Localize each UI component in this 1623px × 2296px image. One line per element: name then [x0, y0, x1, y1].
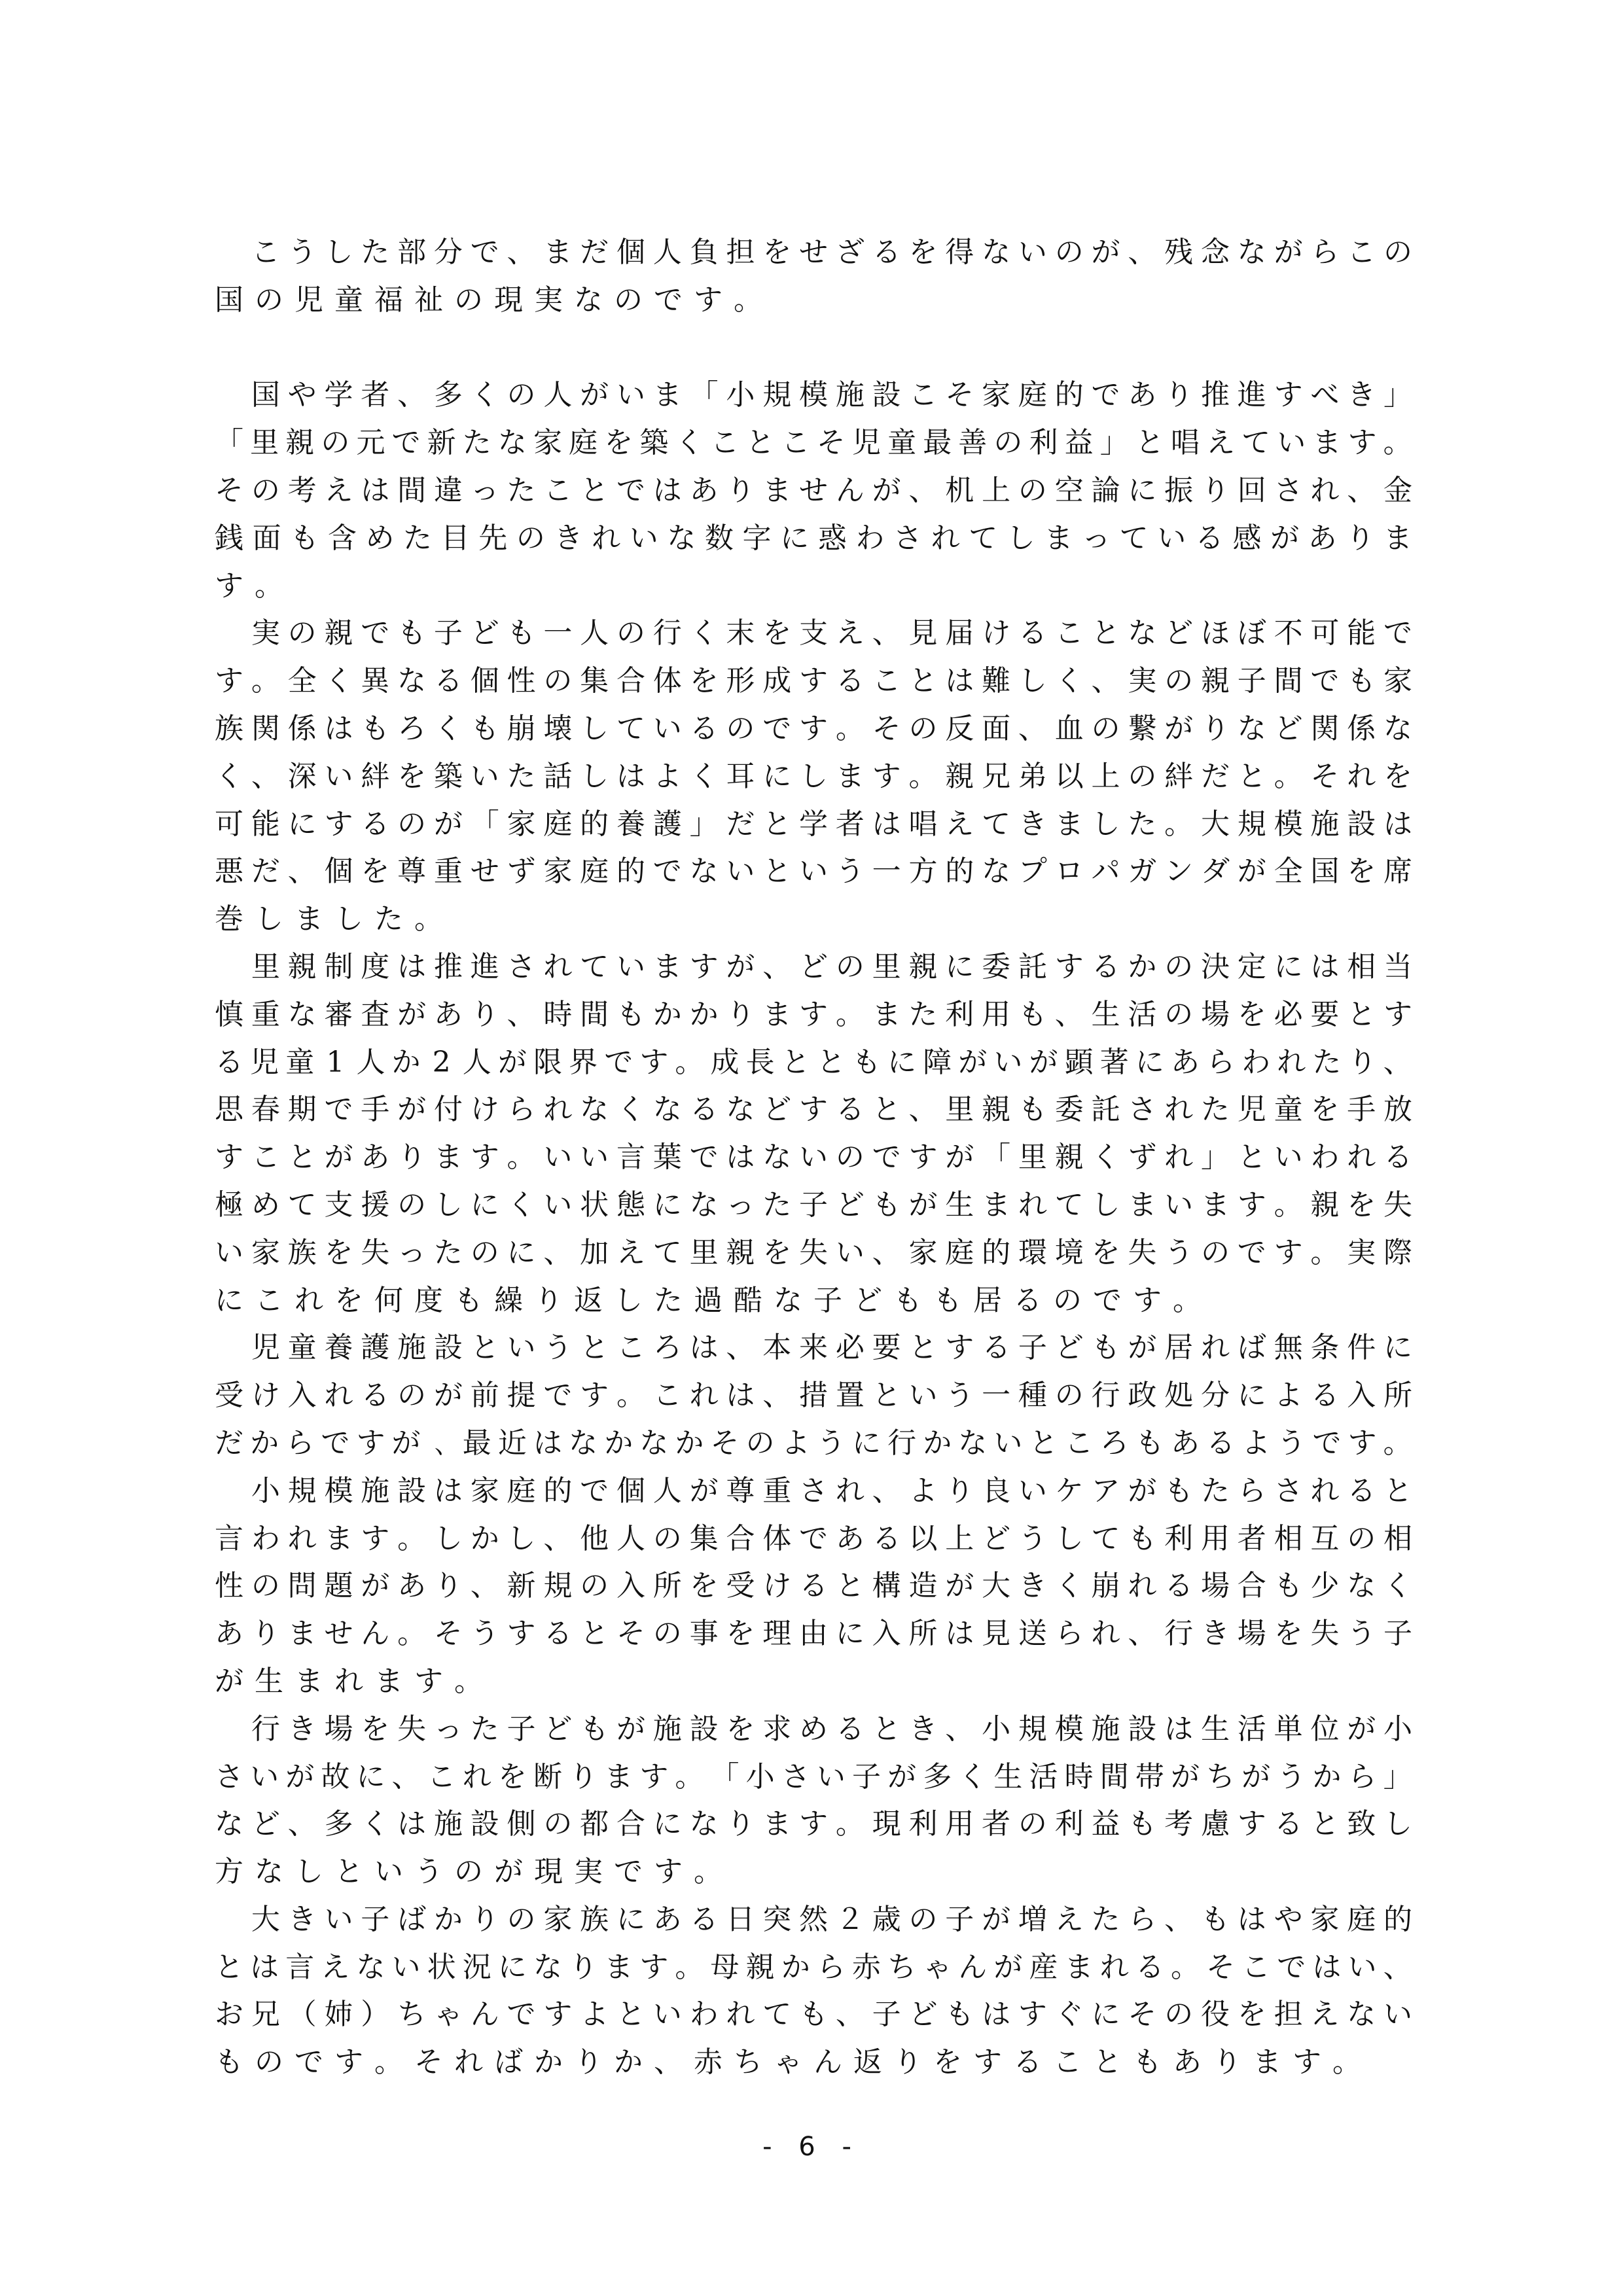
text-line: る児童1人か2人が限界です。成長とともに障がいが顕著にあらわれたり、	[215, 1039, 1412, 1087]
text-line: す。	[215, 563, 1412, 610]
document-page: こうした部分で、まだ個人負担をせざるを得ないのが、残念ながらこの国の児童福祉の現…	[0, 0, 1623, 2296]
text-line: 思春期で手が付けられなくなるなどすると、里親も委託された児童を手放	[215, 1086, 1412, 1134]
text-line: 児童養護施設というところは、本来必要とする子どもが居れば無条件に	[215, 1324, 1412, 1372]
text-line: にこれを何度も繰り返した過酷な子どもも居るのです。	[215, 1277, 1412, 1325]
text-line: 国の児童福祉の現実なのです。	[215, 277, 1412, 325]
text-line: が生まれます。	[215, 1658, 1412, 1706]
paragraph: 実の親でも子ども一人の行く末を支え、見届けることなどほぼ不可能です。全く異なる個…	[215, 610, 1412, 944]
text-line: 小規模施設は家庭的で個人が尊重され、より良いケアがもたらされると	[215, 1468, 1412, 1515]
text-line: 巻しました。	[215, 896, 1412, 944]
text-line: 族関係はもろくも崩壊しているのです。その反面、血の繋がりなど関係な	[215, 705, 1412, 753]
text-line: ありません。そうするとその事を理由に入所は見送られ、行き場を失う子	[215, 1610, 1412, 1658]
text-line: など、多くは施設側の都合になります。現利用者の利益も考慮すると致し	[215, 1801, 1412, 1848]
text-line: とは言えない状況になります。母親から赤ちゃんが産まれる。そこではい、	[215, 1944, 1412, 1992]
text-line: 大きい子ばかりの家族にある日突然２歳の子が増えたら、もはや家庭的	[215, 1896, 1412, 1944]
text-line: 慎重な審査があり、時間もかかります。また利用も、生活の場を必要とす	[215, 991, 1412, 1039]
text-line: い家族を失ったのに、加えて里親を失い、家庭的環境を失うのです。実際	[215, 1229, 1412, 1277]
page-number: - 6 -	[0, 2132, 1623, 2162]
text-line: く、深い絆を築いた話しはよく耳にします。親兄弟以上の絆だと。それを	[215, 753, 1412, 801]
paragraph: 里親制度は推進されていますが、どの里親に委託するかの決定には相当慎重な審査があり…	[215, 944, 1412, 1324]
text-line: 方なしというのが現実です。	[215, 1848, 1412, 1896]
text-line: 「里親の元で新たな家庭を築くことこそ児童最善の利益」と唱えています。	[215, 419, 1412, 467]
text-line: すことがあります。いい言葉ではないのですが「里親くずれ」といわれる	[215, 1134, 1412, 1182]
text-line: 実の親でも子ども一人の行く末を支え、見届けることなどほぼ不可能で	[215, 610, 1412, 658]
paragraph: 小規模施設は家庭的で個人が尊重され、より良いケアがもたらされると言われます。しか…	[215, 1468, 1412, 1706]
text-line: 銭面も含めた目先のきれいな数字に惑わされてしまっている感がありま	[215, 515, 1412, 563]
text-line: 性の問題があり、新規の入所を受けると構造が大きく崩れる場合も少なく	[215, 1563, 1412, 1610]
text-line: 行き場を失った子どもが施設を求めるとき、小規模施設は生活単位が小	[215, 1706, 1412, 1754]
text-line: 受け入れるのが前提です。これは、措置という一種の行政処分による入所	[215, 1372, 1412, 1420]
text-line: お兄（姉）ちゃんですよといわれても、子どもはすぐにその役を担えない	[215, 1991, 1412, 2039]
paragraph: 児童養護施設というところは、本来必要とする子どもが居れば無条件に受け入れるのが前…	[215, 1324, 1412, 1467]
text-line: さいが故に、これを断ります。「小さい子が多く生活時間帯がちがうから」	[215, 1754, 1412, 1801]
body-text: こうした部分で、まだ個人負担をせざるを得ないのが、残念ながらこの国の児童福祉の現…	[215, 229, 1412, 2087]
text-line: 悪だ、個を尊重せず家庭的でないという一方的なプロパガンダが全国を席	[215, 848, 1412, 896]
paragraph: 行き場を失った子どもが施設を求めるとき、小規模施設は生活単位が小さいが故に、これ…	[215, 1706, 1412, 1896]
text-line: だからですが､最近はなかなかそのように行かないところもあるようです。	[215, 1420, 1412, 1468]
paragraph: こうした部分で、まだ個人負担をせざるを得ないのが、残念ながらこの国の児童福祉の現…	[215, 229, 1412, 325]
text-line: 国や学者、多くの人がいま「小規模施設こそ家庭的であり推進すべき」	[215, 372, 1412, 419]
text-line: 極めて支援のしにくい状態になった子どもが生まれてしまいます。親を失	[215, 1182, 1412, 1229]
text-line: その考えは間違ったことではありませんが、机上の空論に振り回され、金	[215, 467, 1412, 515]
paragraph: 国や学者、多くの人がいま「小規模施設こそ家庭的であり推進すべき」「里親の元で新た…	[215, 372, 1412, 610]
text-line: 可能にするのが「家庭的養護」だと学者は唱えてきました。大規模施設は	[215, 801, 1412, 849]
paragraph-spacer	[215, 325, 1412, 372]
text-line: ものです。そればかりか、赤ちゃん返りをすることもあります。	[215, 2039, 1412, 2087]
text-line: す。全く異なる個性の集合体を形成することは難しく、実の親子間でも家	[215, 658, 1412, 705]
paragraph: 大きい子ばかりの家族にある日突然２歳の子が増えたら、もはや家庭的とは言えない状況…	[215, 1896, 1412, 2087]
text-line: こうした部分で、まだ個人負担をせざるを得ないのが、残念ながらこの	[215, 229, 1412, 277]
text-line: 里親制度は推進されていますが、どの里親に委託するかの決定には相当	[215, 944, 1412, 991]
text-line: 言われます。しかし、他人の集合体である以上どうしても利用者相互の相	[215, 1515, 1412, 1563]
